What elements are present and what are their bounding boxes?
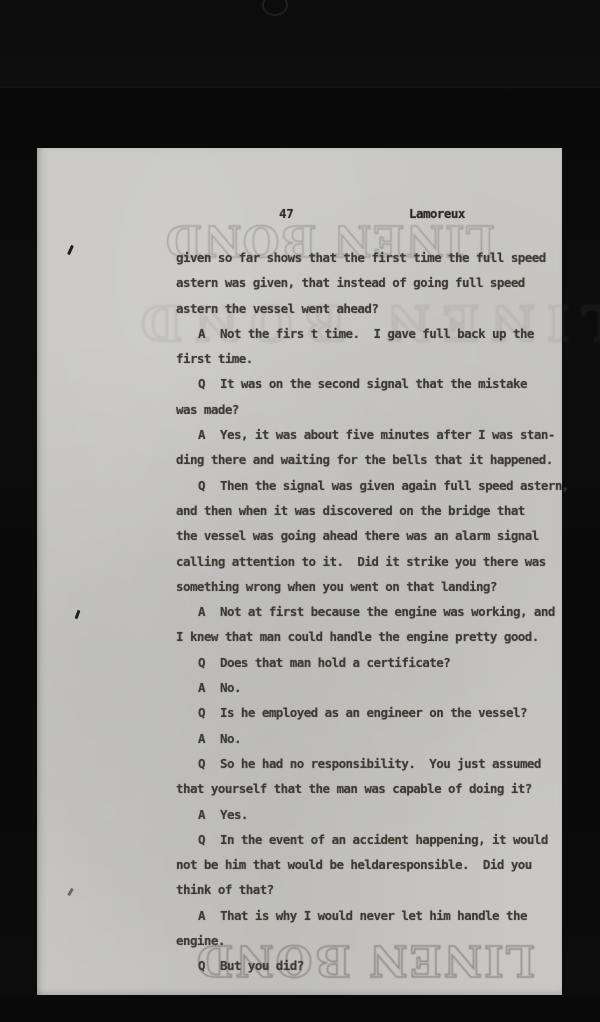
transcript-line: that yourself that the man was capable o… xyxy=(37,776,562,801)
film-seam xyxy=(0,86,600,88)
transcript-line-qa: ANot the firs t time. I gave full back u… xyxy=(37,321,562,346)
speaker-letter: A xyxy=(198,802,220,827)
photo-background-bottom xyxy=(0,995,600,1022)
photo-background: LINEN BOND LINEN BOND LINEN BOND 47 Lamo… xyxy=(0,0,600,1022)
line-text: Does that man hold a certificate? xyxy=(220,655,450,670)
transcript-line: astern was given, that instead of going … xyxy=(37,270,562,295)
transcript-line-qa: QBut you did? xyxy=(37,953,562,978)
line-text: Not at first because the engine was work… xyxy=(220,604,555,619)
transcript-line: first time. xyxy=(37,346,562,371)
transcript-line: think of that? xyxy=(37,877,562,902)
speaker-letter: Q xyxy=(198,700,220,725)
line-text: No. xyxy=(220,731,241,746)
transcript-line-qa: ANo. xyxy=(37,675,562,700)
speaker-letter: Q xyxy=(198,650,220,675)
transcript-line: not be him that would be heldaresponsibl… xyxy=(37,852,562,877)
page-number: 47 xyxy=(279,206,293,221)
speaker-letter: A xyxy=(198,321,220,346)
transcript-line: astern the vessel went ahead? xyxy=(37,296,562,321)
line-text: Then the signal was given again full spe… xyxy=(220,478,569,493)
transcript-line-qa: ANot at first because the engine was wor… xyxy=(37,599,562,624)
speaker-letter: Q xyxy=(198,953,220,978)
speaker-letter: A xyxy=(198,903,220,928)
speaker-letter: Q xyxy=(198,751,220,776)
transcript-line-qa: ANo. xyxy=(37,726,562,751)
line-text: But you did? xyxy=(220,958,304,973)
transcript-line-qa: AThat is why I would never let him handl… xyxy=(37,903,562,928)
speaker-letter: A xyxy=(198,599,220,624)
transcript-line-qa: AYes, it was about five minutes after I … xyxy=(37,422,562,447)
transcript: given so far shows that the first time t… xyxy=(37,245,562,979)
page-header: 47 Lamoreux xyxy=(37,206,562,222)
line-text: Is he employed as an engineer on the ves… xyxy=(220,705,527,720)
line-text: Yes, it was about five minutes after I w… xyxy=(220,427,555,442)
paper-page: LINEN BOND LINEN BOND LINEN BOND 47 Lamo… xyxy=(37,148,562,995)
transcript-line: I knew that man could handle the engine … xyxy=(37,624,562,649)
transcript-line-qa: QIn the event of an accident happening, … xyxy=(37,827,562,852)
transcript-line: something wrong when you went on that la… xyxy=(37,574,562,599)
speaker-letter: A xyxy=(198,422,220,447)
transcript-line-qa: QIs he employed as an engineer on the ve… xyxy=(37,700,562,725)
transcript-line: and then when it was discovered on the b… xyxy=(37,498,562,523)
line-text: In the event of an accident happening, i… xyxy=(220,832,548,847)
speaker-letter: Q xyxy=(198,827,220,852)
transcript-line-qa: QSo he had no responsibility. You just a… xyxy=(37,751,562,776)
line-text: That is why I would never let him handle… xyxy=(220,908,527,923)
speaker-letter: A xyxy=(198,675,220,700)
speaker-letter: Q xyxy=(198,371,220,396)
transcript-line: was made? xyxy=(37,397,562,422)
transcript-line-qa: AYes. xyxy=(37,802,562,827)
transcript-line: the vessel was going ahead there was an … xyxy=(37,523,562,548)
transcript-line-qa: QThen the signal was given again full sp… xyxy=(37,473,562,498)
transcript-line-qa: QIt was on the second signal that the mi… xyxy=(37,371,562,396)
transcript-line: calling attention to it. Did it strike y… xyxy=(37,549,562,574)
line-text: Not the firs t time. I gave full back up… xyxy=(220,326,534,341)
line-text: So he had no responsibility. You just as… xyxy=(220,756,541,771)
line-text: Yes. xyxy=(220,807,248,822)
transcript-line: ding there and waiting for the bells tha… xyxy=(37,447,562,472)
transcript-line-qa: QDoes that man hold a certificate? xyxy=(37,650,562,675)
transcript-line: engine. xyxy=(37,928,562,953)
film-artifact xyxy=(262,0,288,16)
line-text: No. xyxy=(220,680,241,695)
speaker-letter: Q xyxy=(198,473,220,498)
speaker-letter: A xyxy=(198,726,220,751)
line-text: It was on the second signal that the mis… xyxy=(220,376,527,391)
witness-name: Lamoreux xyxy=(409,206,465,221)
transcript-line: given so far shows that the first time t… xyxy=(37,245,562,270)
